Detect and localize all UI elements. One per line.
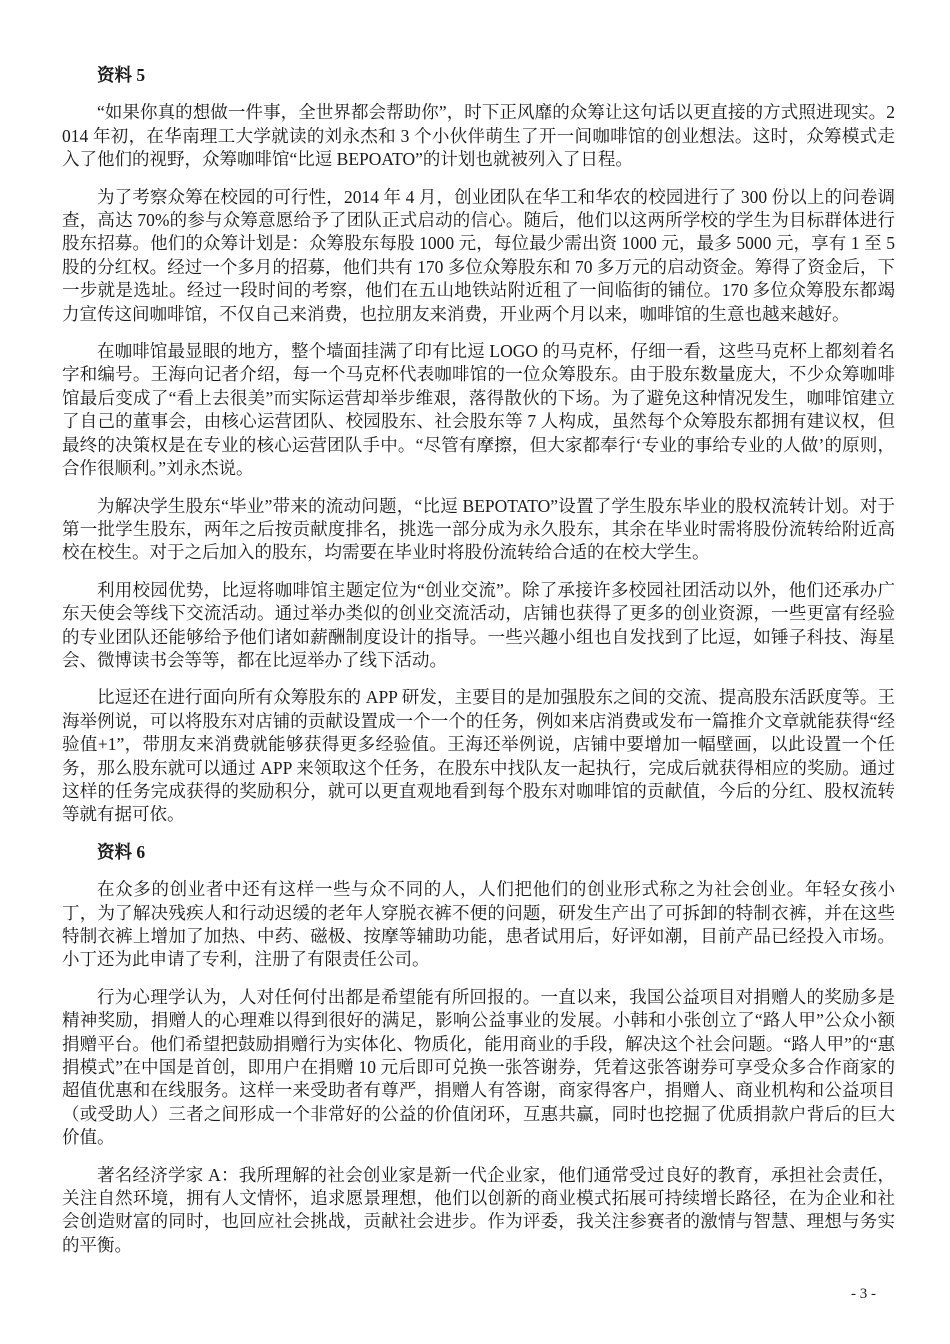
page-number: - 3 - bbox=[851, 1284, 876, 1304]
material-6-heading: 资料 6 bbox=[62, 841, 895, 864]
material-5-heading: 资料 5 bbox=[62, 64, 895, 87]
document-content: 资料 5 “如果你真的想做一件事，全世界都会帮助你”，时下正风靡的众筹让这句话以… bbox=[62, 64, 895, 1271]
document-page: 资料 5 “如果你真的想做一件事，全世界都会帮助你”，时下正风靡的众筹让这句话以… bbox=[0, 0, 950, 1344]
material-6-paragraph-1: 在众多的创业者中还有这样一些与众不同的人，人们把他们的创业形式称之为社会创业。年… bbox=[62, 878, 895, 972]
material-6-paragraph-3: 著名经济学家 A：我所理解的社会创业家是新一代企业家，他们通常受过良好的教育，承… bbox=[62, 1164, 895, 1258]
material-5-paragraph-1: “如果你真的想做一件事，全世界都会帮助你”，时下正风靡的众筹让这句话以更直接的方… bbox=[62, 101, 895, 171]
material-5-paragraph-2: 为了考察众筹在校园的可行性，2014 年 4 月，创业团队在华工和华农的校园进行… bbox=[62, 186, 895, 326]
material-5-paragraph-6: 比逗还在进行面向所有众筹股东的 APP 研发，主要目的是加强股东之间的交流、提高… bbox=[62, 686, 895, 826]
material-5-paragraph-4: 为解决学生股东“毕业”带来的流动问题，“比逗 BEPOTATO”设置了学生股东毕… bbox=[62, 495, 895, 565]
material-6-paragraph-2: 行为心理学认为，人对任何付出都是希望能有所回报的。一直以来，我国公益项目对捐赠人… bbox=[62, 986, 895, 1150]
material-5-paragraph-5: 利用校园优势，比逗将咖啡馆主题定位为“创业交流”。除了承接许多校园社团活动以外，… bbox=[62, 579, 895, 673]
material-5-paragraph-3: 在咖啡馆最显眼的地方，整个墙面挂满了印有比逗 LOGO 的马克杯，仔细一看，这些… bbox=[62, 340, 895, 480]
